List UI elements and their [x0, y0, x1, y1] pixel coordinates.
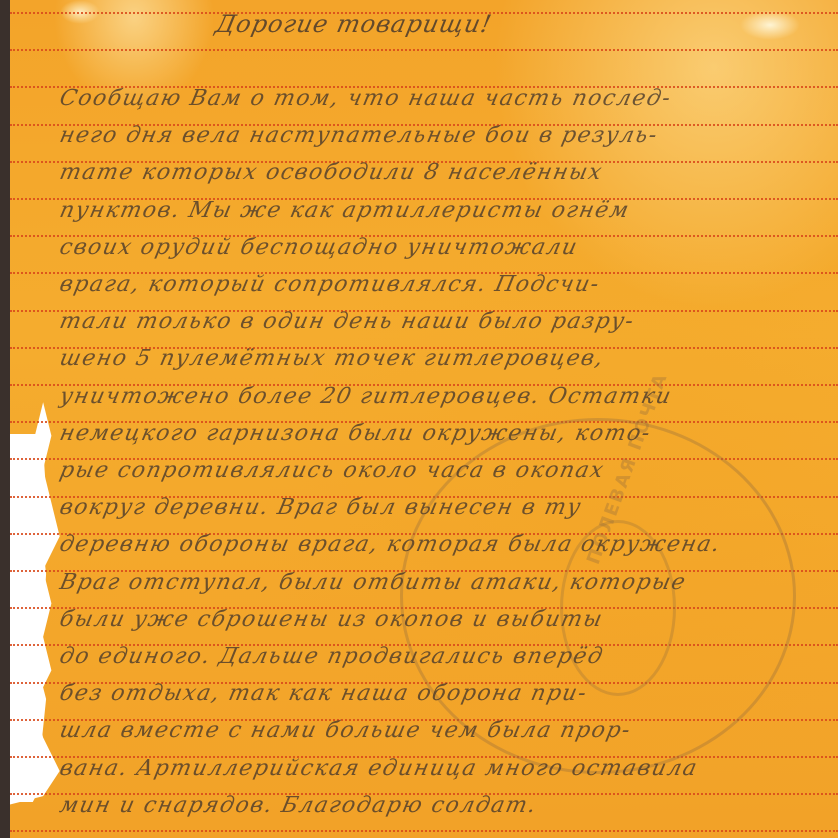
handwritten-line: тате которых освободили 8 населённых	[57, 160, 828, 185]
handwritten-line: вокруг деревни. Враг был вынесен в ту	[57, 495, 828, 520]
ruled-line	[10, 49, 838, 51]
image-frame-edge	[0, 0, 10, 838]
handwritten-line: врага, который сопротивлялся. Подсчи-	[57, 272, 828, 297]
handwritten-line: рые сопротивлялись около часа в окопах	[57, 458, 828, 483]
handwritten-line: без отдыха, так как наша оборона при-	[57, 681, 828, 706]
handwritten-line: мин и снарядов. Благодарю солдат.	[57, 793, 828, 818]
ruled-line	[10, 830, 838, 832]
handwritten-line: немецкого гарнизона были окружены, кото-	[57, 421, 828, 446]
handwritten-line: были уже сброшены из окопов и выбиты	[57, 607, 828, 632]
handwritten-line: шла вместе с нами больше чем была прор-	[57, 718, 828, 743]
letter-salutation: Дорогие товарищи!	[213, 10, 495, 38]
handwritten-line: него дня вела наступательные бои в резул…	[57, 123, 828, 148]
handwritten-line: Сообщаю Вам о том, что наша часть послед…	[57, 86, 828, 111]
handwritten-line: уничтожено более 20 гитлеровцев. Остатки	[57, 384, 828, 409]
handwritten-line: вана. Артиллерийская единица много остав…	[57, 756, 828, 781]
handwritten-line: шено 5 пулемётных точек гитлеровцев,	[57, 346, 828, 371]
handwritten-line: пунктов. Мы же как артиллеристы огнём	[57, 198, 828, 223]
handwritten-line: своих орудий беспощадно уничтожали	[57, 235, 828, 260]
handwritten-line: до единого. Дальше продвигались вперёд	[57, 644, 828, 669]
handwritten-line: тали только в один день наши было разру-	[57, 309, 828, 334]
handwritten-line: деревню обороны врага, которая была окру…	[57, 532, 828, 557]
paper-crease	[740, 10, 800, 40]
torn-paper-edge	[10, 434, 48, 802]
handwritten-line: Враг отступал, были отбиты атаки, которы…	[57, 570, 828, 595]
